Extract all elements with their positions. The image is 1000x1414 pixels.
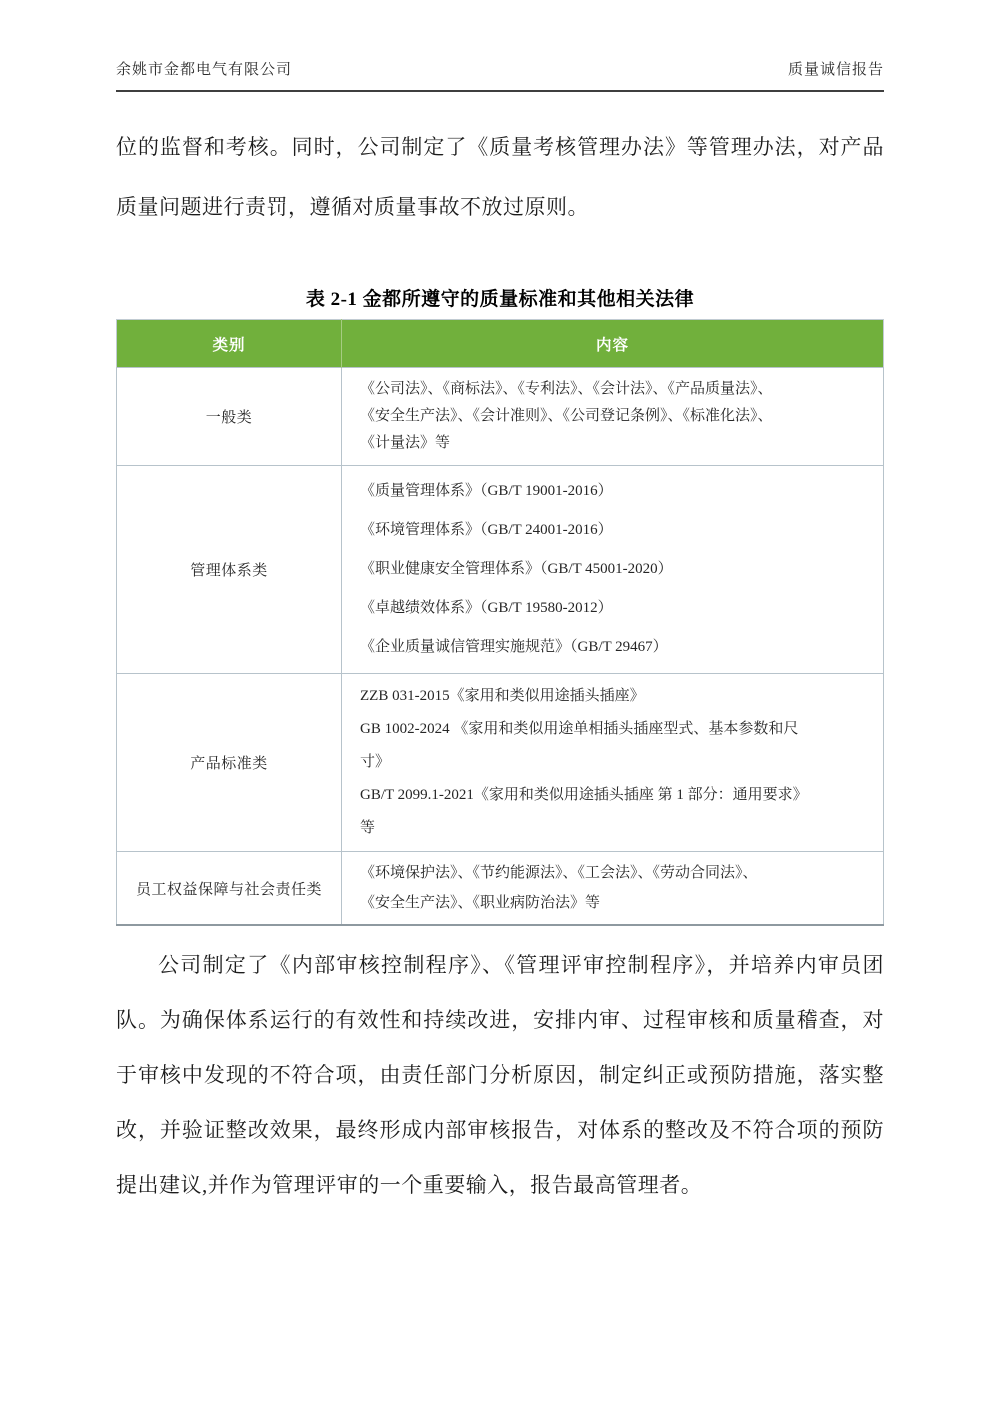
column-header-content: 内容 xyxy=(342,320,884,368)
category-cell: 一般类 xyxy=(117,368,342,466)
content-line: 《公司法》、《商标法》、《专利法》、《会计法》、《产品质量法》、 xyxy=(360,376,871,403)
table-row-product-standards: 产品标准类 ZZB 031-2015《家用和类似用途插头插座》 GB 1002-… xyxy=(117,674,884,852)
content-line: 《职业健康安全管理体系》（GB/T 45001-2020） xyxy=(360,550,871,589)
content-line: 《质量管理体系》（GB/T 19001-2016） xyxy=(360,472,871,511)
standards-table: 类别 内容 一般类 《公司法》、《商标法》、《专利法》、《会计法》、《产品质量法… xyxy=(116,319,884,926)
content-line: 等 xyxy=(360,812,871,845)
header-company-name: 余姚市金都电气有限公司 xyxy=(116,58,292,79)
paragraph-quality-assessment: 位的监督和考核。同时，公司制定了《质量考核管理办法》等管理办法，对产品质量问题进… xyxy=(116,117,884,237)
table-header-row: 类别 内容 xyxy=(117,320,884,368)
content-line: 《环境保护法》、《节约能源法》、《工会法》、《劳动合同法》、 xyxy=(360,858,871,888)
content-line: ZZB 031-2015《家用和类似用途插头插座》 xyxy=(360,680,871,713)
table-row-general: 一般类 《公司法》、《商标法》、《专利法》、《会计法》、《产品质量法》、 《安全… xyxy=(117,368,884,466)
content-line: GB 1002-2024 《家用和类似用途单相插头插座型式、基本参数和尺 xyxy=(360,713,871,746)
category-cell: 员工权益保障与社会责任类 xyxy=(117,852,342,926)
content-line: 《环境管理体系》（GB/T 24001-2016） xyxy=(360,511,871,550)
table-row-management-systems: 管理体系类 《质量管理体系》（GB/T 19001-2016） 《环境管理体系》… xyxy=(117,466,884,674)
content-line: 寸》 xyxy=(360,746,871,779)
page-header: 余姚市金都电气有限公司 质量诚信报告 xyxy=(116,58,884,92)
content-cell: 《质量管理体系》（GB/T 19001-2016） 《环境管理体系》（GB/T … xyxy=(342,466,884,674)
header-doc-title: 质量诚信报告 xyxy=(788,58,884,79)
content-line: 《企业质量诚信管理实施规范》（GB/T 29467） xyxy=(360,628,871,667)
content-line: 《卓越绩效体系》（GB/T 19580-2012） xyxy=(360,589,871,628)
content-line: 《安全生产法》、《会计准则》、《公司登记条例》、《标准化法》、 xyxy=(360,403,871,430)
content-line: 《安全生产法》、《职业病防治法》等 xyxy=(360,888,871,918)
table-title: 表 2-1 金都所遵守的质量标准和其他相关法律 xyxy=(116,284,884,311)
content-cell: 《环境保护法》、《节约能源法》、《工会法》、《劳动合同法》、 《安全生产法》、《… xyxy=(342,852,884,926)
category-cell: 管理体系类 xyxy=(117,466,342,674)
content-cell: 《公司法》、《商标法》、《专利法》、《会计法》、《产品质量法》、 《安全生产法》… xyxy=(342,368,884,466)
category-cell: 产品标准类 xyxy=(117,674,342,852)
column-header-category: 类别 xyxy=(117,320,342,368)
document-page: 余姚市金都电气有限公司 质量诚信报告 位的监督和考核。同时，公司制定了《质量考核… xyxy=(0,0,1000,1414)
content-cell: ZZB 031-2015《家用和类似用途插头插座》 GB 1002-2024 《… xyxy=(342,674,884,852)
content-line: 《计量法》等 xyxy=(360,430,871,457)
table-row-employee-rights: 员工权益保障与社会责任类 《环境保护法》、《节约能源法》、《工会法》、《劳动合同… xyxy=(117,852,884,926)
paragraph-internal-audit: 公司制定了《内部审核控制程序》、《管理评审控制程序》，并培养内审员团队。为确保体… xyxy=(116,938,884,1213)
content-line: GB/T 2099.1-2021《家用和类似用途插头插座 第 1 部分：通用要求… xyxy=(360,779,871,812)
